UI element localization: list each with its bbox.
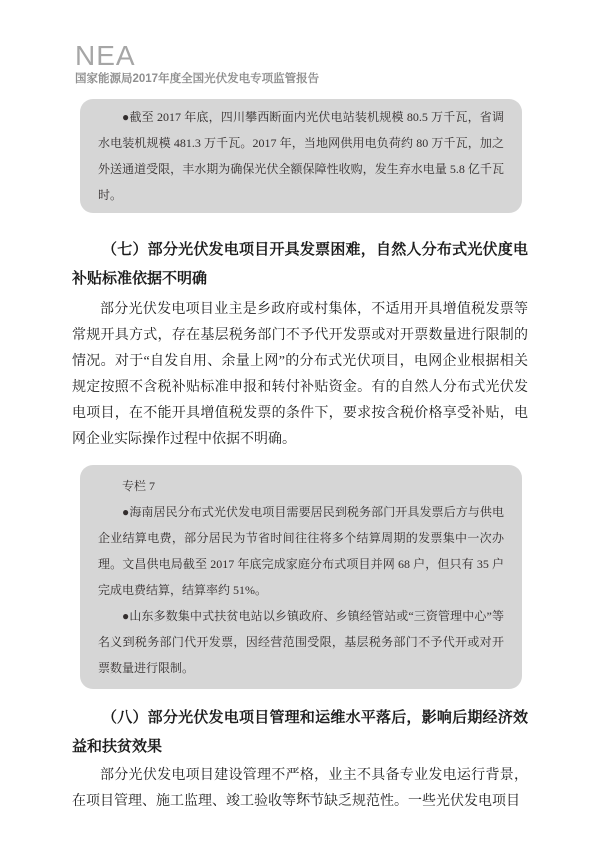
report-page: NEA 国家能源局2017年度全国光伏发电专项监管报告 ●截至 2017 年底，… bbox=[0, 0, 600, 848]
column-7-title: 专栏 7 bbox=[98, 473, 504, 499]
page-number: — 8 — bbox=[0, 790, 600, 802]
section-7-paragraph: 部分光伏发电项目业主是乡政府或村集体，不适用开具增值税发票等常规开具方式，存在基… bbox=[72, 297, 528, 453]
column-7-bullet-hainan: ●海南居民分布式光伏发电项目需要居民到税务部门开具发票后方与供电企业结算电费，部… bbox=[98, 499, 504, 603]
nea-logo: NEA bbox=[75, 42, 528, 70]
page-header: NEA 国家能源局2017年度全国光伏发电专项监管报告 bbox=[0, 0, 600, 87]
callout-box-sichuan: ●截至 2017 年底，四川攀西断面内光伏电站装机规模 80.5 万千瓦，省调水… bbox=[80, 99, 522, 213]
report-title: 国家能源局2017年度全国光伏发电专项监管报告 bbox=[75, 72, 528, 87]
column-7-bullet-shandong: ●山东多数集中式扶贫电站以乡镇政府、乡镇经管站或“三资管理中心”等名义到税务部门… bbox=[98, 603, 504, 681]
section-7-heading: （七）部分光伏发电项目开具发票困难，自然人分布式光伏度电补贴标准依据不明确 bbox=[72, 235, 528, 293]
callout-box-column-7: 专栏 7 ●海南居民分布式光伏发电项目需要居民到税务部门开具发票后方与供电企业结… bbox=[80, 465, 522, 689]
section-8-paragraph: 部分光伏发电项目建设管理不严格，业主不具备专业发电运行背景，在项目管理、施工监理… bbox=[72, 763, 528, 815]
section-8-heading: （八）部分光伏发电项目管理和运维水平落后，影响后期经济效益和扶贫效果 bbox=[72, 703, 528, 761]
callout-bullet-text: ●截至 2017 年底，四川攀西断面内光伏电站装机规模 80.5 万千瓦，省调水… bbox=[98, 104, 504, 208]
